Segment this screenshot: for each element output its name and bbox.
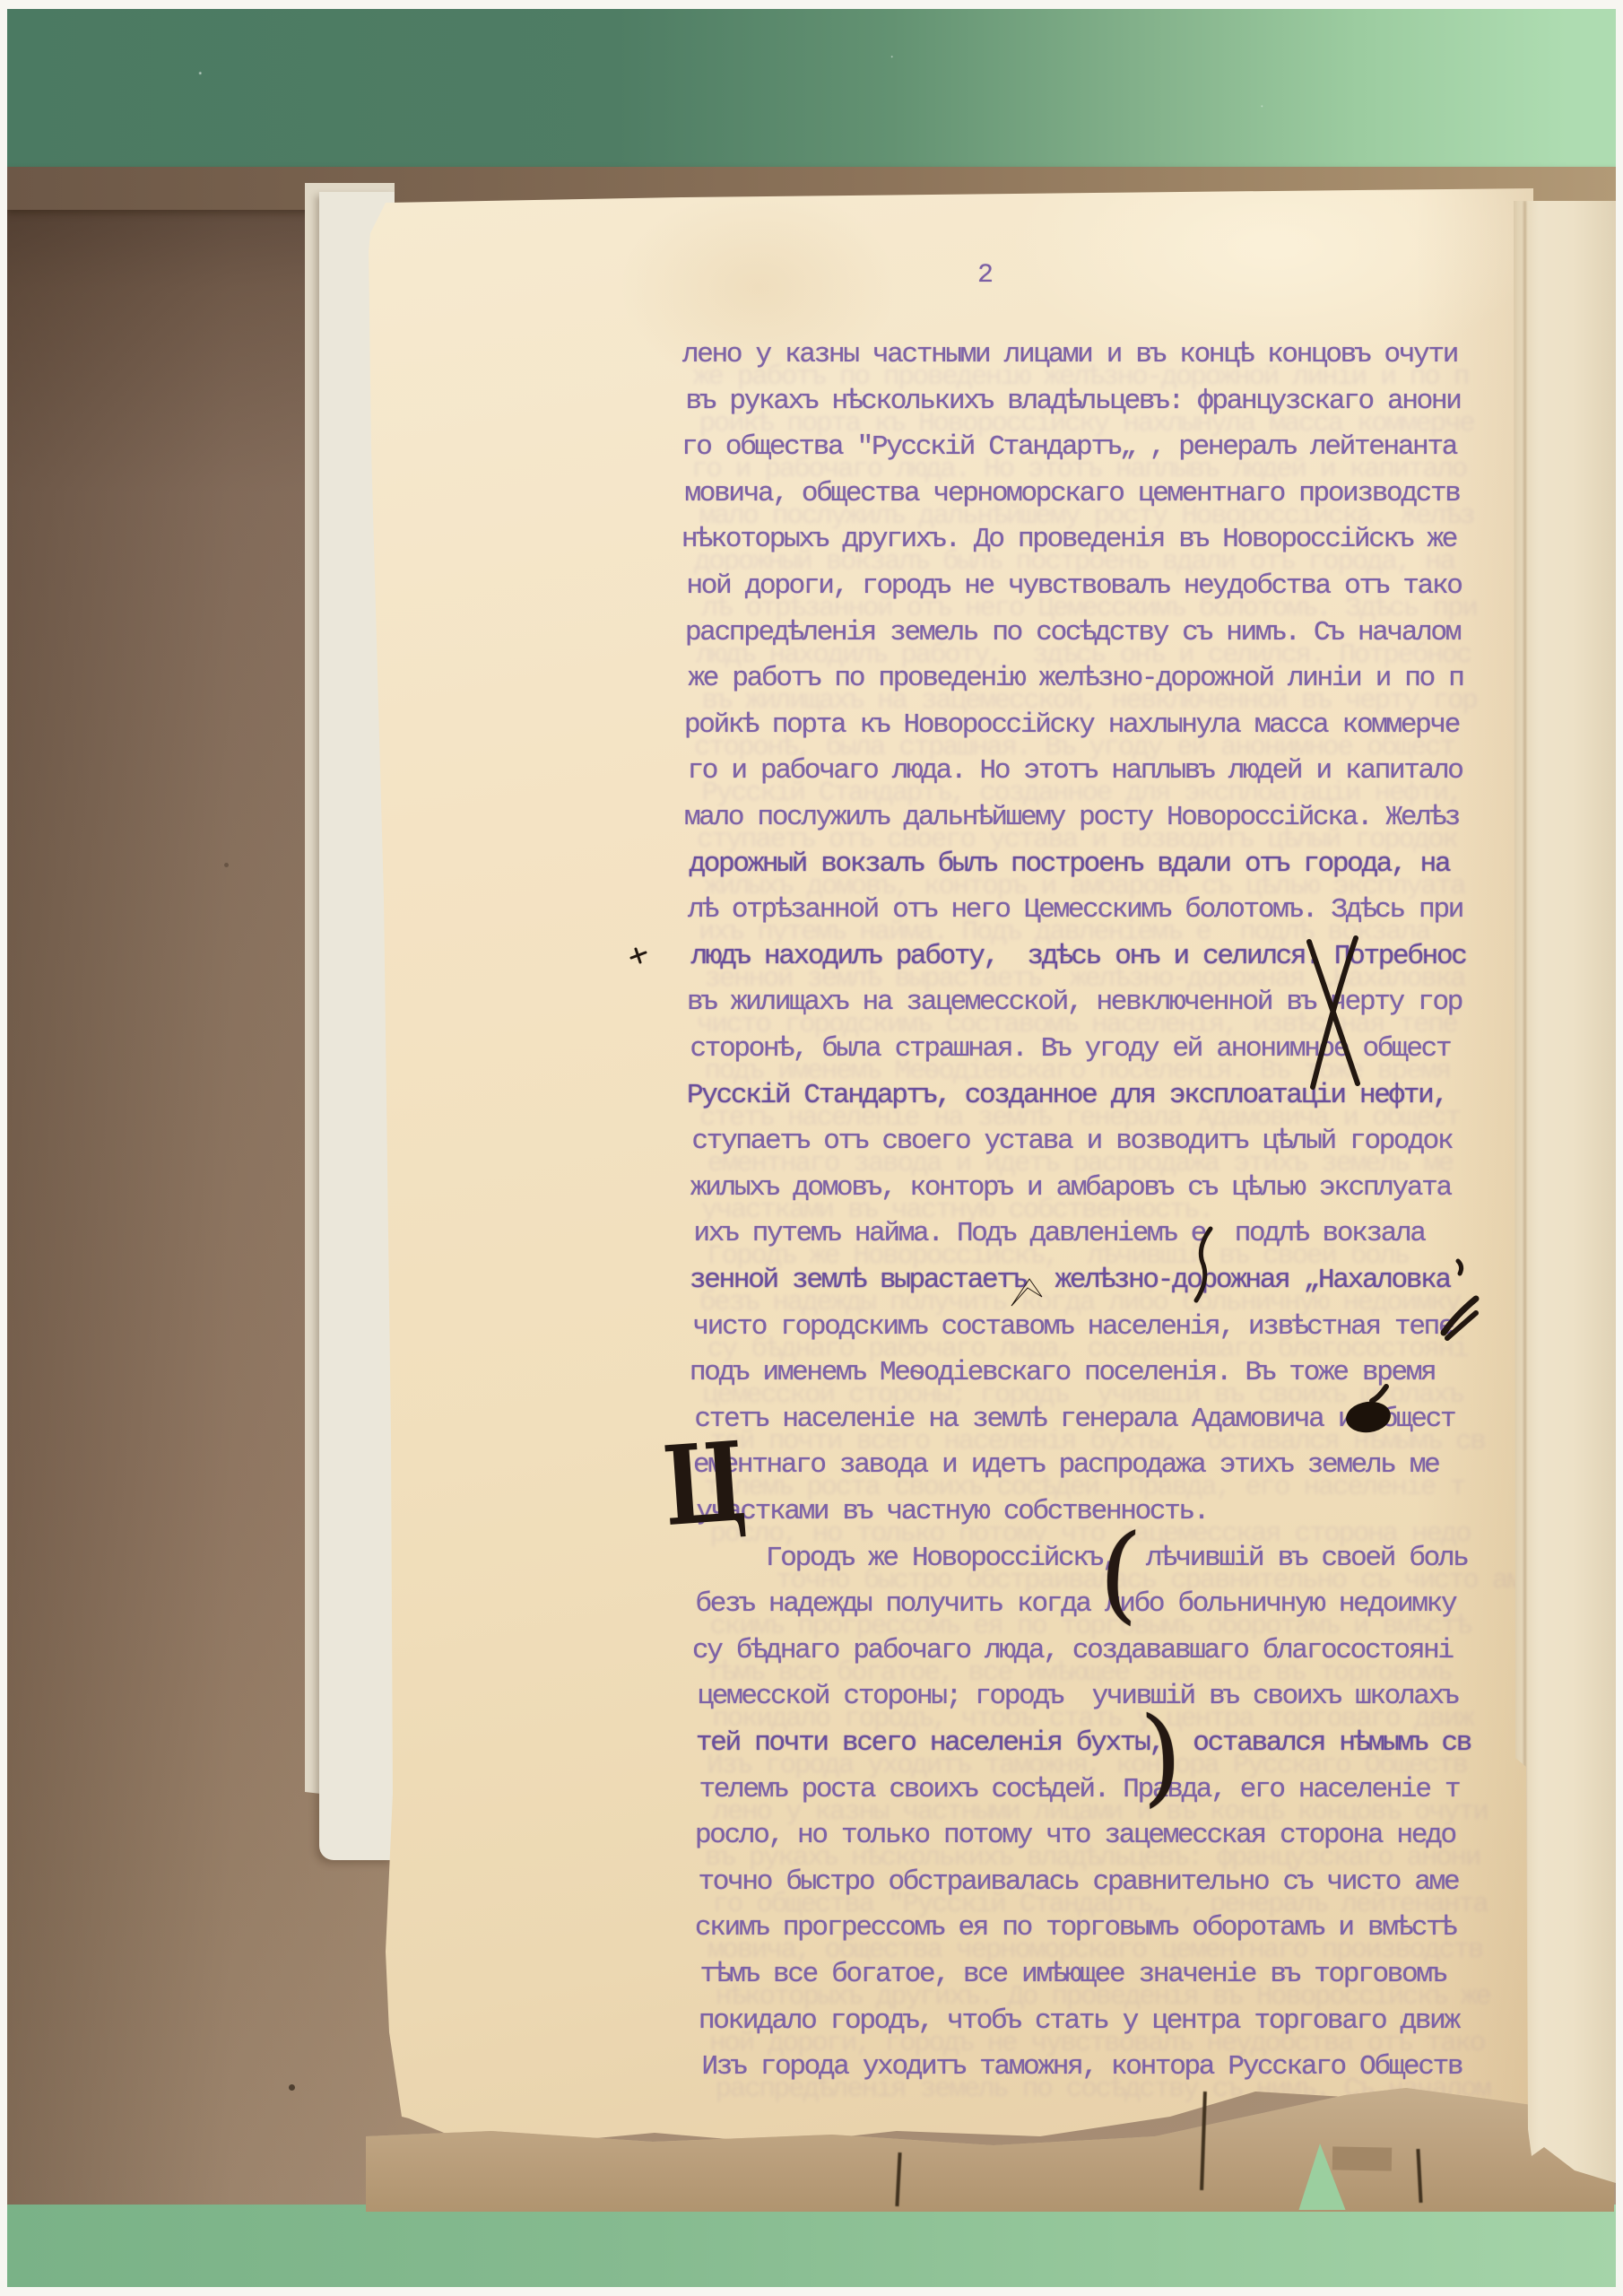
typed-line: дорожный вокзалъ былъ построенъ вдали от… [690,841,1450,888]
handwritten-caret-icon [1008,1275,1047,1311]
torn-paper-fragment [1332,2146,1392,2170]
typed-line: зенной землѣ вырастаетъ желѣзно-дорожная… [690,1257,1450,1304]
typed-line: скимъ прогрессомъ ея по торговымъ оборот… [695,1905,1455,1952]
page-number: 2 [977,260,994,291]
typed-line: лено у казны частными лицами и въ концѣ … [682,332,1457,378]
typed-line: мало послужилъ дальнѣйшему росту Новорос… [684,795,1459,841]
typed-line: нѣкоторыхъ другихъ. До проведенія въ Нов… [681,517,1456,563]
typed-line: го и рабочаго люда. Но этотъ наплывъ люд… [688,748,1462,795]
typed-line: покидало городъ, чтобъ стать у центра то… [699,1998,1459,2045]
typed-line: безъ надежды получить когда либо больнич… [696,1581,1456,1628]
typed-line: подъ именемъ Меѳодіевскаго поселенія. Въ… [690,1350,1435,1396]
handwritten-scribble-icon [1435,1256,1488,1345]
archival-scan: 2 же работъ по проведенію желѣзно-дорожн… [0,0,1623,2296]
typed-line: ихъ путемъ найма. Подъ давленіемъ е подл… [694,1211,1425,1257]
typed-line: тей почти всего населенія бухты, оставал… [696,1720,1471,1767]
typed-line: Изъ города уходитъ таможня, контора Русс… [702,2044,1462,2091]
cardboard-speck [224,863,229,867]
document-page: 2 же работъ по проведенію желѣзно-дорожн… [359,188,1533,2161]
typed-line: же работъ по проведенію желѣзно-дорожной… [689,656,1463,702]
typed-line: жилыхъ домовъ, конторъ и амбаровъ съ цѣл… [690,1165,1451,1212]
typed-line: тѣмъ все богатое, все имѣющее значеніе в… [700,1952,1445,1998]
margin-mark-icon [628,945,649,967]
typed-line: ройкѣ порта къ Новороссійску нахлынула м… [684,702,1459,749]
typed-line: распредѣленія земель по сосѣдству съ ним… [685,610,1460,657]
handwritten-stroke-icon [1189,1223,1219,1306]
typed-line: телемъ роста своихъ сосѣдей. Правда, его… [699,1767,1460,1813]
handwritten-close-paren: ) [1138,1687,1184,1823]
typed-line: цемесской стороны; городъ учившій въ сво… [698,1674,1458,1720]
typed-line: мовича, общества черноморскаго цементнаг… [685,471,1460,517]
handwritten-open-paren: ( [1096,1504,1144,1640]
typed-line: лѣ отрѣзанной отъ него Цемесскимъ болото… [688,887,1462,934]
green-backing-band-bottom [7,2205,1616,2287]
typed-line: въ рукахъ нѣсколькихъ владѣльцевъ: франц… [686,378,1461,425]
typed-line: ементнаго завода и идетъ распродажа этих… [693,1442,1438,1489]
handwritten-strikeout-cross-icon [1300,933,1365,1092]
handwritten-letter-correction: Ц [660,1428,750,1543]
typed-line: ной дороги, городъ не чувствовалъ неудоб… [687,563,1462,610]
cardboard-speck [289,2084,295,2091]
typed-line: ступаетъ отъ своего устава и возводитъ ц… [692,1118,1453,1165]
typed-line: го общества "Русскій Стандартъ„ , ренера… [681,424,1456,471]
typed-line: су бѣднаго рабочаго люда, создававшаго б… [692,1628,1453,1674]
typed-line: точно быстро обстраивалась сравнительно … [699,1859,1459,1906]
typed-line: чисто городскимъ составомъ населенія, из… [693,1304,1454,1351]
ink-blot-correction-icon [1341,1381,1399,1439]
typed-line: росло, но только потому что зацемесская … [695,1813,1455,1859]
green-backing-band-top [7,7,1616,172]
